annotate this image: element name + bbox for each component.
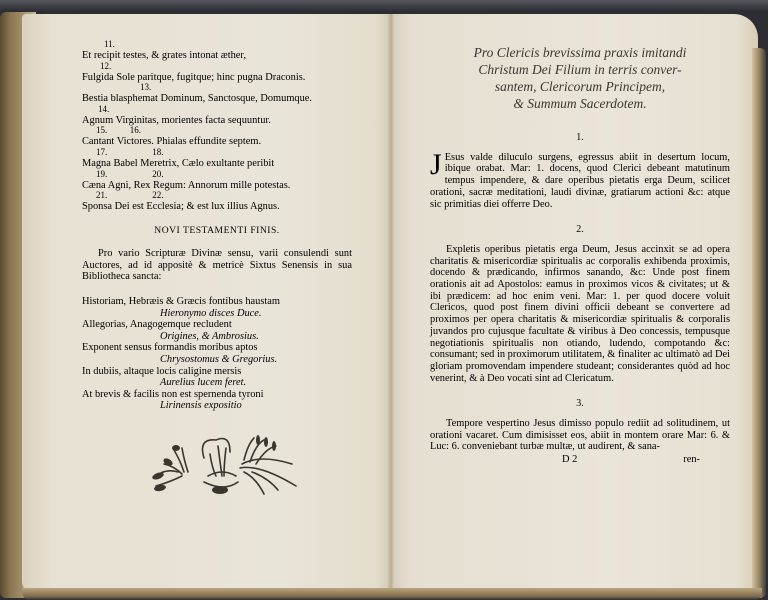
- verse-line: Bestia blasphemat Dominum, Sanctosque, D…: [82, 93, 352, 105]
- poem-line: Allegorias, Anagogemque recludent: [82, 319, 352, 331]
- title-line: Pro Clericis brevissima praxis imitandi: [430, 44, 730, 61]
- mnemonic-poem: Historiam, Hebræis & Græcis fontibus hau…: [82, 296, 352, 412]
- verse-line: Fulgida Sole paritque, fugitque; hinc pu…: [82, 72, 352, 84]
- verse-line: Et recipit testes, & grates intonat æthe…: [82, 50, 352, 62]
- verse-number: 14.: [82, 105, 352, 115]
- section-paragraph: Tempore vespertino Jesus dimisso populo …: [430, 418, 730, 453]
- poem-line: Exponent sensus formandis moribus aptos: [82, 342, 352, 354]
- title-line: & Summum Sacerdotem.: [430, 95, 730, 112]
- signature-mark: D 2: [562, 454, 577, 466]
- verse-line: Sponsa Dei est Ecclesia; & est lux illiu…: [82, 201, 352, 213]
- intro-paragraph: Pro vario Scripturæ Divinæ sensu, varii …: [82, 248, 352, 282]
- poem-author: Aurelius lucem feret.: [82, 377, 352, 389]
- section-number: 2.: [430, 224, 730, 236]
- catchword: ren-: [683, 454, 700, 466]
- page-footer: D 2 ren-: [430, 454, 730, 466]
- verse-number: 13.: [82, 83, 352, 93]
- finis-heading: NOVI TESTAMENTI FINIS.: [82, 225, 352, 237]
- poem-line: Historiam, Hebræis & Græcis fontibus hau…: [82, 296, 352, 308]
- paragraph-text: Esus valde diluculo surgens, egressus ab…: [430, 152, 730, 210]
- section-paragraph: Expletis operibus pietatis erga Deum, Je…: [430, 244, 730, 384]
- verse-number: 11.: [82, 40, 352, 50]
- left-page-text: 11. Et recipit testes, & grates intonat …: [82, 40, 352, 412]
- poem-author: Origines, & Ambrosius.: [82, 331, 352, 343]
- right-page-text: Pro Clericis brevissima praxis imitandi …: [430, 44, 730, 466]
- poem-author: Chrysostomus & Gregorius.: [82, 354, 352, 366]
- chapter-title: Pro Clericis brevissima praxis imitandi …: [430, 44, 730, 112]
- title-line: santem, Clericorum Principem,: [430, 78, 730, 95]
- poem-line: At brevis & facilis non est spernenda ty…: [82, 389, 352, 401]
- section-number: 1.: [430, 132, 730, 144]
- section-paragraph: JEsus valde diluculo surgens, egressus a…: [430, 152, 730, 211]
- poem-line: In dubiis, altaque locis caligine mersis: [82, 366, 352, 378]
- floral-ornament-icon: [146, 428, 302, 500]
- book-bottom-edge: [22, 588, 762, 600]
- book-right-edge: [752, 48, 766, 598]
- poem-author: Hieronymo disces Duce.: [82, 308, 352, 320]
- verse-line: Magna Babel Meretrix, Cælo exultante per…: [82, 158, 352, 170]
- verse-number: 12.: [82, 62, 352, 72]
- section-number: 3.: [430, 398, 730, 410]
- verse-list: 11. Et recipit testes, & grates intonat …: [82, 40, 352, 213]
- verse-number: 21. 22.: [82, 191, 352, 201]
- verse-number: 15. 16.: [82, 126, 352, 136]
- poem-author: Lirinensis expositio: [82, 400, 352, 412]
- title-line: Christum Dei Filium in terris conver-: [430, 61, 730, 78]
- drop-cap: J: [430, 153, 442, 177]
- verse-number: 17. 18.: [82, 148, 352, 158]
- book-gutter: [388, 14, 394, 592]
- verse-number: 19. 20.: [82, 170, 352, 180]
